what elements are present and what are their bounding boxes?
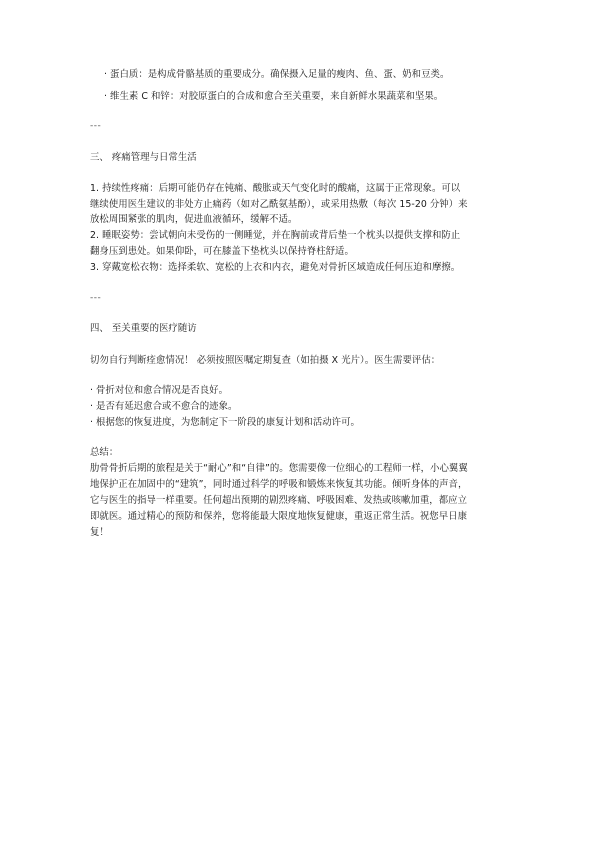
section-3-line: 放松周围紧张的肌肉，促进血液循环，缓解不适。 <box>90 214 297 226</box>
section-4-bullet: · 骨折对位和愈合情况是否良好。 <box>90 385 228 397</box>
section-3-line: 1. 持续性疼痛：后期可能仍存在钝痛、酸胀或天气变化时的酸痛，这属于正常现象。可… <box>90 183 460 195</box>
section-3-line: 继续使用医生建议的非处方止痛药（如对乙酰氨基酚），或采用热敷（每次 15-20 … <box>90 199 468 211</box>
summary-line: 复！ <box>90 527 109 539</box>
section-3-heading: 三、 疼痛管理与日常生活 <box>90 152 197 164</box>
nutrition-bullet-protein: · 蛋白质：是构成骨骼基质的重要成分。确保摄入足量的瘦肉、鱼、蛋、奶和豆类。 <box>104 69 449 81</box>
section-4-bullet: · 根据您的恢复进度，为您制定下一阶段的康复计划和活动许可。 <box>90 417 360 429</box>
section-4-intro: 切勿自行判断痊愈情况！ 必须按照医嘱定期复查（如拍摄 X 光片）。医生需要评估： <box>90 355 440 367</box>
nutrition-bullet-vitamin-c-zinc: · 维生素 C 和锌：对胶原蛋白的合成和愈合至关重要，来自新鲜水果蔬菜和坚果。 <box>104 91 443 103</box>
section-3-line: 翻身压到患处。如果仰卧，可在膝盖下垫枕头以保持脊柱舒适。 <box>90 246 354 258</box>
summary-line: 地保护正在加固中的“建筑”，同时通过科学的呼吸和锻炼来恢复其功能。倾听身体的声音… <box>90 479 467 491</box>
section-3-line: 3. 穿戴宽松衣物：选择柔软、宽松的上衣和内衣，避免对骨折区域造成任何压迫和摩擦… <box>90 262 460 274</box>
separator: --- <box>90 292 101 304</box>
section-4-bullet: · 是否有延迟愈合或不愈合的迹象。 <box>90 401 237 413</box>
section-4-heading: 四、 至关重要的医疗随访 <box>90 323 197 335</box>
summary-label: 总结： <box>90 447 118 459</box>
separator: --- <box>90 120 101 132</box>
summary-line: 它与医生的指导一样重要。任何超出预期的剧烈疼痛、呼吸困难、发热或咳嗽加重，都应立 <box>90 495 467 507</box>
section-3-line: 2. 睡眠姿势：尝试朝向未受伤的一侧睡觉，并在胸前或背后垫一个枕头以提供支撑和防… <box>90 230 460 242</box>
summary-line: 即就医。通过精心的预防和保养，您将能最大限度地恢复健康，重返正常生活。祝您早日康 <box>90 511 467 523</box>
summary-line: 肋骨骨折后期的旅程是关于“耐心”和“自律”的。您需要像一位细心的工程师一样，小心… <box>90 463 468 475</box>
